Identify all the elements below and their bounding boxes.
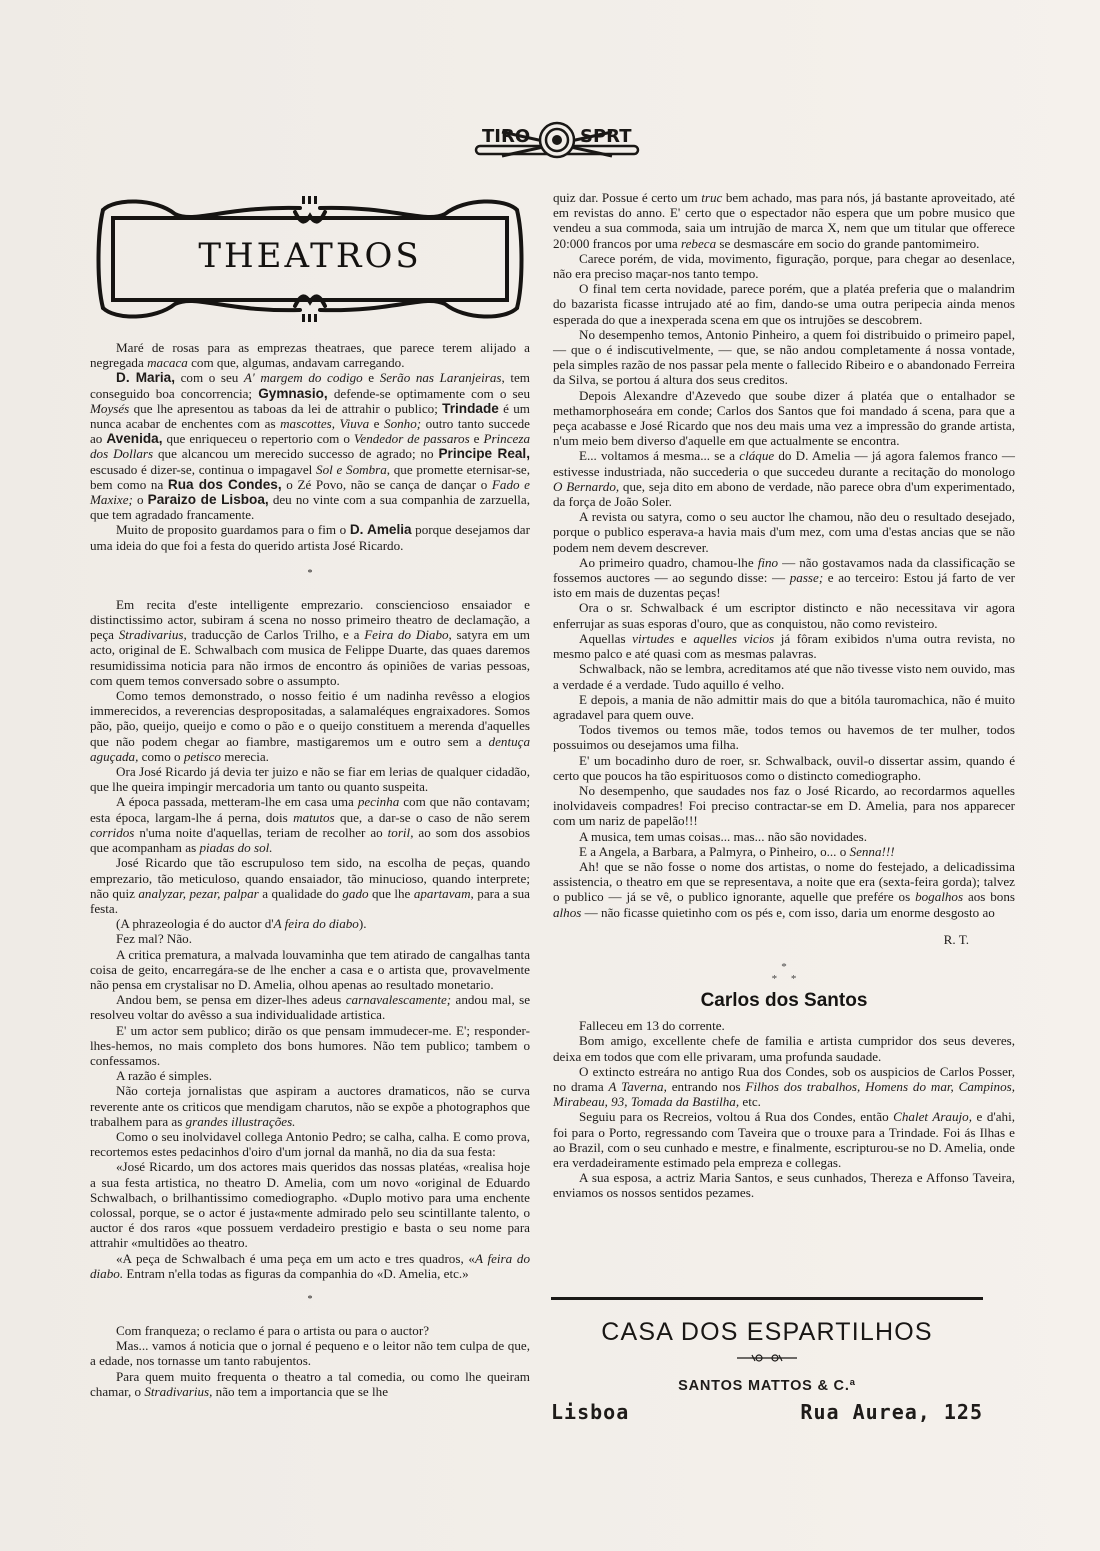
- advertisement-address-line: Lisboa Rua Aurea, 125: [551, 1400, 983, 1424]
- obituary-paragraph: A sua esposa, a actriz Maria Santos, e s…: [553, 1170, 1015, 1200]
- advertisement-block: CASA DOS ESPARTILHOS SANTOS MATTOS & C.ª…: [551, 1318, 983, 1424]
- section-separator-asterisk: *: [90, 1295, 530, 1305]
- author-signature: R. T.: [553, 932, 1015, 947]
- paragraph: Schwalback, não se lembra, acreditamos a…: [553, 661, 1015, 691]
- theatre-name: Gymnasio,: [258, 386, 328, 401]
- theatre-name: Trindade: [442, 401, 499, 416]
- paragraph: Ora José Ricardo já devia ter juizo e nã…: [90, 764, 530, 794]
- paragraph: Mas... vamos á noticia que o jornal é pe…: [90, 1338, 530, 1368]
- paragraph: E depois, a mania de não admittir mais d…: [553, 692, 1015, 722]
- paragraph: E a Angela, a Barbara, a Palmyra, o Pinh…: [553, 844, 1015, 859]
- paragraph: Como temos demonstrado, o nosso feitio é…: [90, 688, 530, 764]
- paragraph: Todos tivemos ou temos mãe, todos temos …: [553, 722, 1015, 752]
- advertisement-firm-name: SANTOS MATTOS & C.ª: [551, 1378, 983, 1394]
- paragraph-theatre-roundup: D. Maria, com o seu A' margem do codigo …: [90, 370, 530, 522]
- paragraph: E' um actor sem publico; dirão os que pe…: [90, 1023, 530, 1069]
- paragraph: A época passada, metteram-lhe em casa um…: [90, 794, 530, 855]
- paragraph: José Ricardo que tão escrupuloso tem sid…: [90, 855, 530, 916]
- paragraph: Fez mal? Não.: [90, 931, 530, 946]
- paragraph: E' um bocadinho duro de roer, sr. Schwal…: [553, 753, 1015, 783]
- paragraph: O final tem certa novidade, parece porém…: [553, 281, 1015, 327]
- paragraph: Ora o sr. Schwalback é um escriptor dist…: [553, 600, 1015, 630]
- paragraph: Andou bem, se pensa em dizer-lhes adeus …: [90, 992, 530, 1022]
- advertisement-divider-rule: [551, 1297, 983, 1300]
- decorative-flourish-icon: [737, 1353, 797, 1363]
- paragraph: Ao primeiro quadro, chamou-lhe fino — nã…: [553, 555, 1015, 601]
- paragraph: No desempenho, que saudades nos faz o Jo…: [553, 783, 1015, 829]
- paragraph: Ah! que se não fosse o nome dos artistas…: [553, 859, 1015, 920]
- paragraph: Aquellas virtudes e aquelles vicios já f…: [553, 631, 1015, 661]
- svg-text:SPRT: SPRT: [580, 126, 632, 147]
- paragraph: Em recita d'este intelligente emprezario…: [90, 597, 530, 688]
- paragraph: E... voltamos á mesma... se a cláque do …: [553, 448, 1015, 509]
- separator-asterisk-top: *: [553, 961, 1015, 973]
- section-title: THEATROS: [95, 236, 525, 276]
- advertisement-city: Lisboa: [551, 1400, 629, 1424]
- theatre-name: Rua dos Condes,: [168, 477, 282, 492]
- paragraph: No desempenho temos, Antonio Pinheiro, a…: [553, 327, 1015, 388]
- theatros-section-banner: THEATROS: [95, 190, 525, 326]
- theatre-name: Paraizo de Lisboa,: [148, 492, 269, 507]
- paragraph: Com franqueza; o reclamo é para o artist…: [90, 1323, 530, 1338]
- right-article-column: quiz dar. Possue é certo um truc bem ach…: [553, 190, 1015, 1201]
- advertisement-title: CASA DOS ESPARTILHOS: [551, 1318, 983, 1347]
- paragraph: Depois Alexandre d'Azevedo que soube diz…: [553, 388, 1015, 449]
- theatre-name: D. Maria,: [116, 370, 175, 385]
- newspaper-page: TIRO SPRT THEATROS Maré de rosa: [0, 0, 1100, 1551]
- obituary-paragraph: Bom amigo, excellente chefe de familia e…: [553, 1033, 1015, 1063]
- newspaper-quote: «José Ricardo, um dos actores mais queri…: [90, 1159, 530, 1250]
- newspaper-quote: «A peça de Schwalbach é uma peça em um a…: [90, 1251, 530, 1281]
- separator-asterisks-bottom: * *: [553, 973, 1015, 985]
- theatre-name: Principe Real,: [438, 446, 530, 461]
- paragraph: A revista ou satyra, como o seu auctor l…: [553, 509, 1015, 555]
- paragraph: Não corteja jornalistas que aspiram a au…: [90, 1083, 530, 1129]
- left-article-column: Maré de rosas para as emprezas theatraes…: [90, 340, 530, 1399]
- paragraph-continued: quiz dar. Possue é certo um truc bem ach…: [553, 190, 1015, 251]
- obituary-title: Carlos dos Santos: [553, 993, 1015, 1008]
- paragraph: A razão é simples.: [90, 1068, 530, 1083]
- paragraph: (A phrazeologia é do auctor d'A feira do…: [90, 916, 530, 931]
- paragraph: Muito de proposito guardamos para o fim …: [90, 522, 530, 552]
- paragraph: A critica prematura, a malvada louvaminh…: [90, 947, 530, 993]
- paragraph: Para quem muito frequenta o theatro a ta…: [90, 1369, 530, 1399]
- paragraph: A musica, tem umas coisas... mas... não …: [553, 829, 1015, 844]
- paragraph: Como o seu inolvidavel collega Antonio P…: [90, 1129, 530, 1159]
- section-separator-asterisk: *: [90, 569, 530, 579]
- paragraph: Maré de rosas para as emprezas theatraes…: [90, 340, 530, 370]
- paragraph: Carece porém, de vida, movimento, figura…: [553, 251, 1015, 281]
- obituary-paragraph: O extincto estreára no antigo Rua dos Co…: [553, 1064, 1015, 1110]
- obituary-paragraph: Seguiu para os Recreios, voltou á Rua do…: [553, 1109, 1015, 1170]
- theatre-name: Avenida,: [106, 431, 162, 446]
- tiro-sport-masthead-logo: TIRO SPRT: [472, 112, 642, 164]
- svg-text:TIRO: TIRO: [482, 126, 530, 147]
- obituary-paragraph: Falleceu em 13 do corrente.: [553, 1018, 1015, 1033]
- advertisement-street-address: Rua Aurea, 125: [800, 1400, 983, 1424]
